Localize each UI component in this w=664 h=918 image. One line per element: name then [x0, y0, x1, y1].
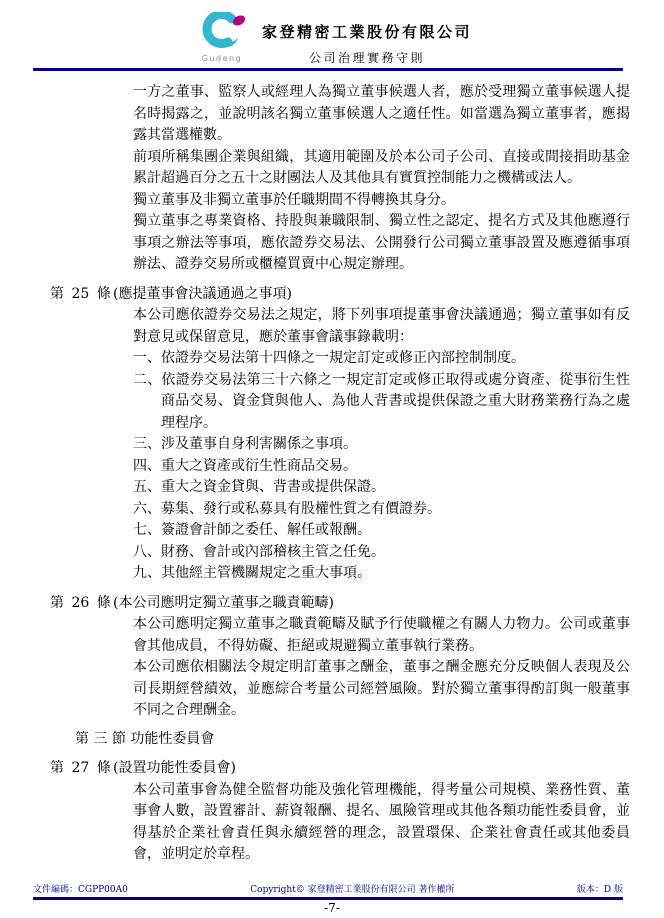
paragraph: 本公司應明定獨立董事之職責範疇及賦予行使職權之有關人力物力。公司或董事會其他成員… — [133, 614, 630, 657]
article-heading: 第 25 條 (應提董事會決議通過之事項) — [50, 284, 630, 306]
list-item: 九、其他經主管機關規定之重大事項。 — [133, 563, 630, 585]
paragraph: 前項所稱集團企業與組織，其適用範圍及於本公司子公司、直接或間接捐助基金累計超過百… — [133, 147, 630, 190]
article-body: 本公司董事會為健全監督功能及強化管理機能，得考量公司規模、業務性質、董事會人數，… — [133, 780, 630, 866]
paragraph: 本公司應依證券交易法之規定，將下列事項提董事會決議通過；獨立董事如有反對意見或保… — [133, 305, 630, 348]
article-27: 第 27 條 (設置功能性委員會) 本公司董事會為健全監督功能及強化管理機能，得… — [0, 758, 664, 866]
list-item: 八、財務、會計或內部稽核主管之任免。 — [133, 542, 630, 564]
section-heading: 第 三 節 功能性委員會 — [75, 729, 630, 751]
paragraph: 獨立董事之專業資格、持股與兼職限制、獨立性之認定、提名方式及其他應遵行事項之辦法… — [133, 211, 630, 276]
article-number: 第 26 條 — [50, 593, 113, 615]
logo-wordmark: Gudeng — [192, 54, 252, 63]
document-code: 文件編碼：CGPP00A0 — [33, 884, 128, 896]
article-heading: 第 27 條 (設置功能性委員會) — [50, 758, 630, 780]
document-title: 公司治理實務守則 — [262, 49, 472, 66]
article-body: 本公司應依證券交易法之規定，將下列事項提董事會決議通過；獨立董事如有反對意見或保… — [133, 305, 630, 585]
article-26: 第 26 條 (本公司應明定獨立董事之職責範疇) 本公司應明定獨立董事之職責範疇… — [0, 593, 664, 722]
article-number: 第 27 條 — [50, 758, 113, 780]
article-number: 第 25 條 — [50, 284, 113, 306]
article-title: (應提董事會決議通過之事項) — [113, 284, 630, 306]
paragraph: 一方之董事、監察人或經理人為獨立董事候選人者，應於受理獨立董事候選人提名時揭露之… — [133, 82, 630, 147]
gudeng-logo-icon — [195, 12, 249, 50]
paragraph: 本公司應依相關法令規定明訂董事之酬金，董事之酬金應充分反映個人表現及公司長期經營… — [133, 657, 630, 722]
article-25: 第 25 條 (應提董事會決議通過之事項) 本公司應依證券交易法之規定，將下列事… — [0, 284, 664, 585]
company-name: 家登精密工業股份有限公司 — [262, 21, 472, 42]
page-number: -7- — [0, 901, 664, 915]
list-item: 七、簽證會計師之委任、解任或報酬。 — [133, 520, 630, 542]
list-item: 五、重大之資金貸與、背書或提供保證。 — [133, 477, 630, 499]
list-item: 一、依證券交易法第十四條之一規定訂定或修正內部控制制度。 — [133, 348, 630, 370]
page-footer: 文件編碼：CGPP00A0 Copyright© 家登精密工業股份有限公司 著作… — [33, 884, 623, 896]
company-logo: Gudeng — [192, 12, 252, 63]
page-header: Gudeng 家登精密工業股份有限公司 公司治理實務守則 — [0, 12, 664, 66]
version-label: 版本：D 版 — [577, 884, 623, 896]
paragraph: 本公司董事會為健全監督功能及強化管理機能，得考量公司規模、業務性質、董事會人數，… — [133, 780, 630, 866]
copyright-notice: Copyright© 家登精密工業股份有限公司 著作權所 — [128, 884, 577, 896]
header-divider — [33, 68, 623, 71]
article-body: 本公司應明定獨立董事之職責範疇及賦予行使職權之有關人力物力。公司或董事會其他成員… — [133, 614, 630, 722]
intro-block: 一方之董事、監察人或經理人為獨立董事候選人者，應於受理獨立董事候選人提名時揭露之… — [133, 82, 630, 276]
footer-divider — [33, 897, 623, 900]
article-title: (設置功能性委員會) — [113, 758, 630, 780]
title-block: 家登精密工業股份有限公司 公司治理實務守則 — [262, 12, 472, 66]
document-page: Gudeng 家登精密工業股份有限公司 公司治理實務守則 一方之董事、監察人或經… — [0, 0, 664, 918]
list-item: 四、重大之資產或衍生性商品交易。 — [133, 456, 630, 478]
list-item: 三、涉及董事自身利害關係之事項。 — [133, 434, 630, 456]
article-heading: 第 26 條 (本公司應明定獨立董事之職責範疇) — [50, 593, 630, 615]
paragraph: 獨立董事及非獨立董事於任職期間不得轉換其身分。 — [133, 190, 630, 212]
list-item: 六、募集、發行或私募具有股權性質之有價證券。 — [133, 499, 630, 521]
article-title: (本公司應明定獨立董事之職責範疇) — [113, 593, 630, 615]
document-body: 一方之董事、監察人或經理人為獨立董事候選人者，應於受理獨立董事候選人提名時揭露之… — [0, 82, 664, 866]
list-item: 二、依證券交易法第三十六條之一規定訂定或修正取得或處分資產、從事衍生性商品交易、… — [133, 370, 630, 435]
